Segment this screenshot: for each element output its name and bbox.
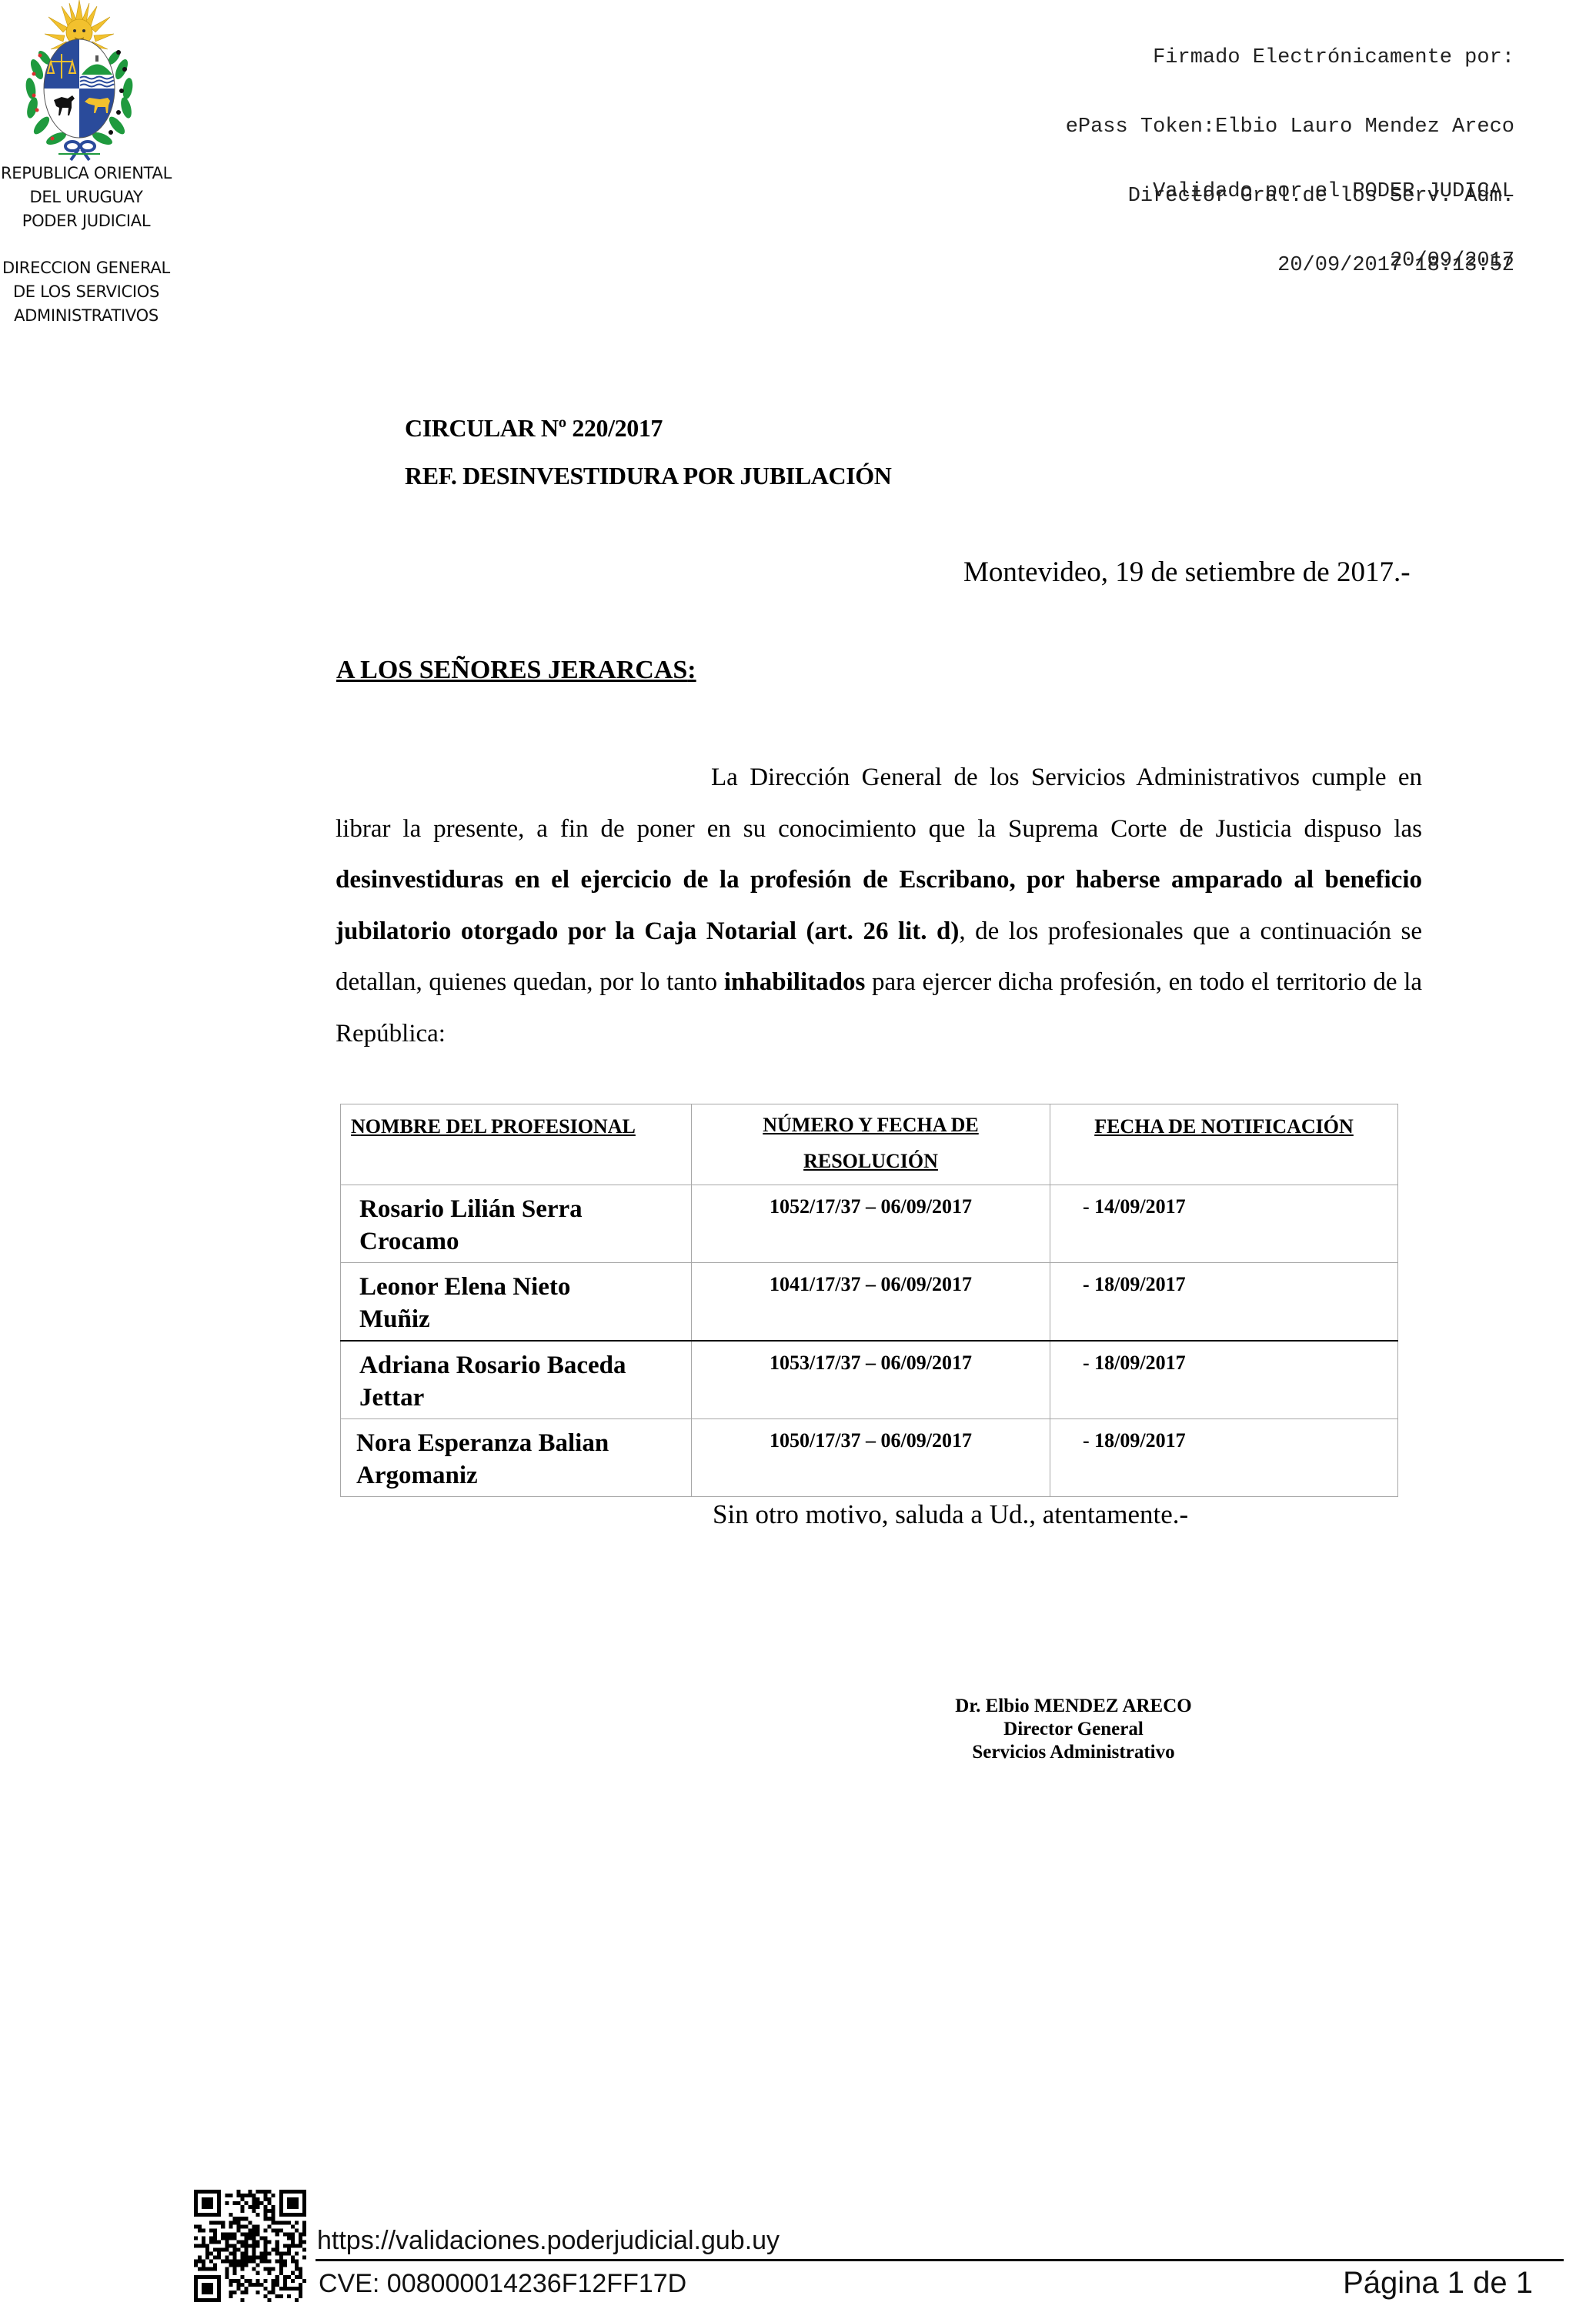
header-cell: NÚMERO Y FECHA DE RESOLUCIÓN: [692, 1104, 1050, 1185]
professional-name: Leonor Elena Nieto Muñiz: [341, 1263, 590, 1335]
addressee-colon: :: [687, 656, 696, 684]
org-line: DEL URUGUAY: [0, 185, 172, 209]
page-number: Página 1 de 1: [1343, 2266, 1533, 2301]
column-header-notification: FECHA DE NOTIFICACIÓN: [1050, 1104, 1397, 1148]
signature-block: Dr. Elbio MENDEZ ARECO Director General …: [843, 1695, 1304, 1764]
column-header-resolution-2: RESOLUCIÓN: [692, 1144, 1050, 1178]
addressee: A LOS SEÑORES JERARCAS:: [336, 656, 696, 685]
notification-date: - 18/09/2017: [1050, 1263, 1397, 1296]
resolution: 1041/17/37 – 06/09/2017: [692, 1263, 1050, 1296]
stamp-line: Validado por el PODER JUDICAL: [1153, 180, 1514, 203]
validation-stamp: Validado por el PODER JUDICAL 20/09/2017: [1153, 134, 1514, 296]
table-row: Leonor Elena Nieto Muñiz 1041/17/37 – 06…: [341, 1263, 1398, 1342]
department-name: DIRECCION GENERAL DE LOS SERVICIOS ADMIN…: [0, 256, 172, 328]
notification-date: - 14/09/2017: [1050, 1185, 1397, 1218]
coat-of-arms-icon: [14, 0, 145, 162]
signer-name: Dr. Elbio MENDEZ ARECO: [843, 1695, 1304, 1718]
signer-title: Director General: [843, 1718, 1304, 1741]
stamp-line: 20/09/2017: [1153, 249, 1514, 272]
org-line: REPUBLICA ORIENTAL: [0, 162, 172, 185]
table-header-row: NOMBRE DEL PROFESIONAL NÚMERO Y FECHA DE…: [341, 1104, 1398, 1185]
body-text-1: La Dirección General de los Servicios Ad…: [336, 764, 1422, 843]
org-line: ADMINISTRATIVOS: [0, 304, 172, 328]
circular-number: CIRCULAR Nº 220/2017: [405, 414, 663, 443]
professional-name: Adriana Rosario Baceda Jettar: [341, 1342, 667, 1414]
professional-name: Rosario Lilián Serra Crocamo: [341, 1185, 590, 1258]
table-row: Adriana Rosario Baceda Jettar 1053/17/37…: [341, 1341, 1398, 1419]
resolution: 1050/17/37 – 06/09/2017: [692, 1419, 1050, 1452]
footer-divider: [316, 2259, 1564, 2261]
professional-name: Nora Esperanza Balian Argomaniz: [341, 1419, 664, 1492]
body-paragraph: La Dirección General de los Servicios Ad…: [336, 752, 1422, 1059]
reference-subject: REF. DESINVESTIDURA POR JUBILACIÓN: [405, 462, 891, 490]
cve-code: CVE: 008000014236F12FF17D: [319, 2269, 686, 2299]
qr-code-icon: [194, 2189, 306, 2303]
org-line: DE LOS SERVICIOS: [0, 280, 172, 304]
professionals-table: NOMBRE DEL PROFESIONAL NÚMERO Y FECHA DE…: [340, 1104, 1398, 1497]
table-row: Rosario Lilián Serra Crocamo 1052/17/37 …: [341, 1185, 1398, 1263]
closing-line: Sin otro motivo, saluda a Ud., atentamen…: [713, 1499, 1188, 1530]
body-bold-2: inhabilitados: [724, 968, 865, 996]
column-header-resolution: NÚMERO Y FECHA DE: [692, 1104, 1050, 1144]
org-line: DIRECCION GENERAL: [0, 256, 172, 280]
resolution: 1053/17/37 – 06/09/2017: [692, 1342, 1050, 1375]
institution-name: REPUBLICA ORIENTAL DEL URUGUAY PODER JUD…: [0, 162, 172, 233]
header-cell: FECHA DE NOTIFICACIÓN: [1050, 1104, 1398, 1185]
resolution: 1052/17/37 – 06/09/2017: [692, 1185, 1050, 1218]
place-and-date: Montevideo, 19 de setiembre de 2017.-: [963, 556, 1411, 589]
notification-date: - 18/09/2017: [1050, 1342, 1397, 1375]
stamp-line: Firmado Electrónicamente por:: [1066, 46, 1514, 69]
signer-office: Servicios Administrativo: [843, 1741, 1304, 1764]
org-line: PODER JUDICIAL: [0, 209, 172, 233]
table-row: Nora Esperanza Balian Argomaniz 1050/17/…: [341, 1419, 1398, 1497]
validation-url[interactable]: https://validaciones.poderjudicial.gub.u…: [317, 2226, 780, 2256]
notification-date: - 18/09/2017: [1050, 1419, 1397, 1452]
header-cell: NOMBRE DEL PROFESIONAL: [341, 1104, 692, 1185]
column-header-name: NOMBRE DEL PROFESIONAL: [341, 1104, 691, 1148]
addressee-text: A LOS SEÑORES JERARCAS: [336, 656, 687, 684]
